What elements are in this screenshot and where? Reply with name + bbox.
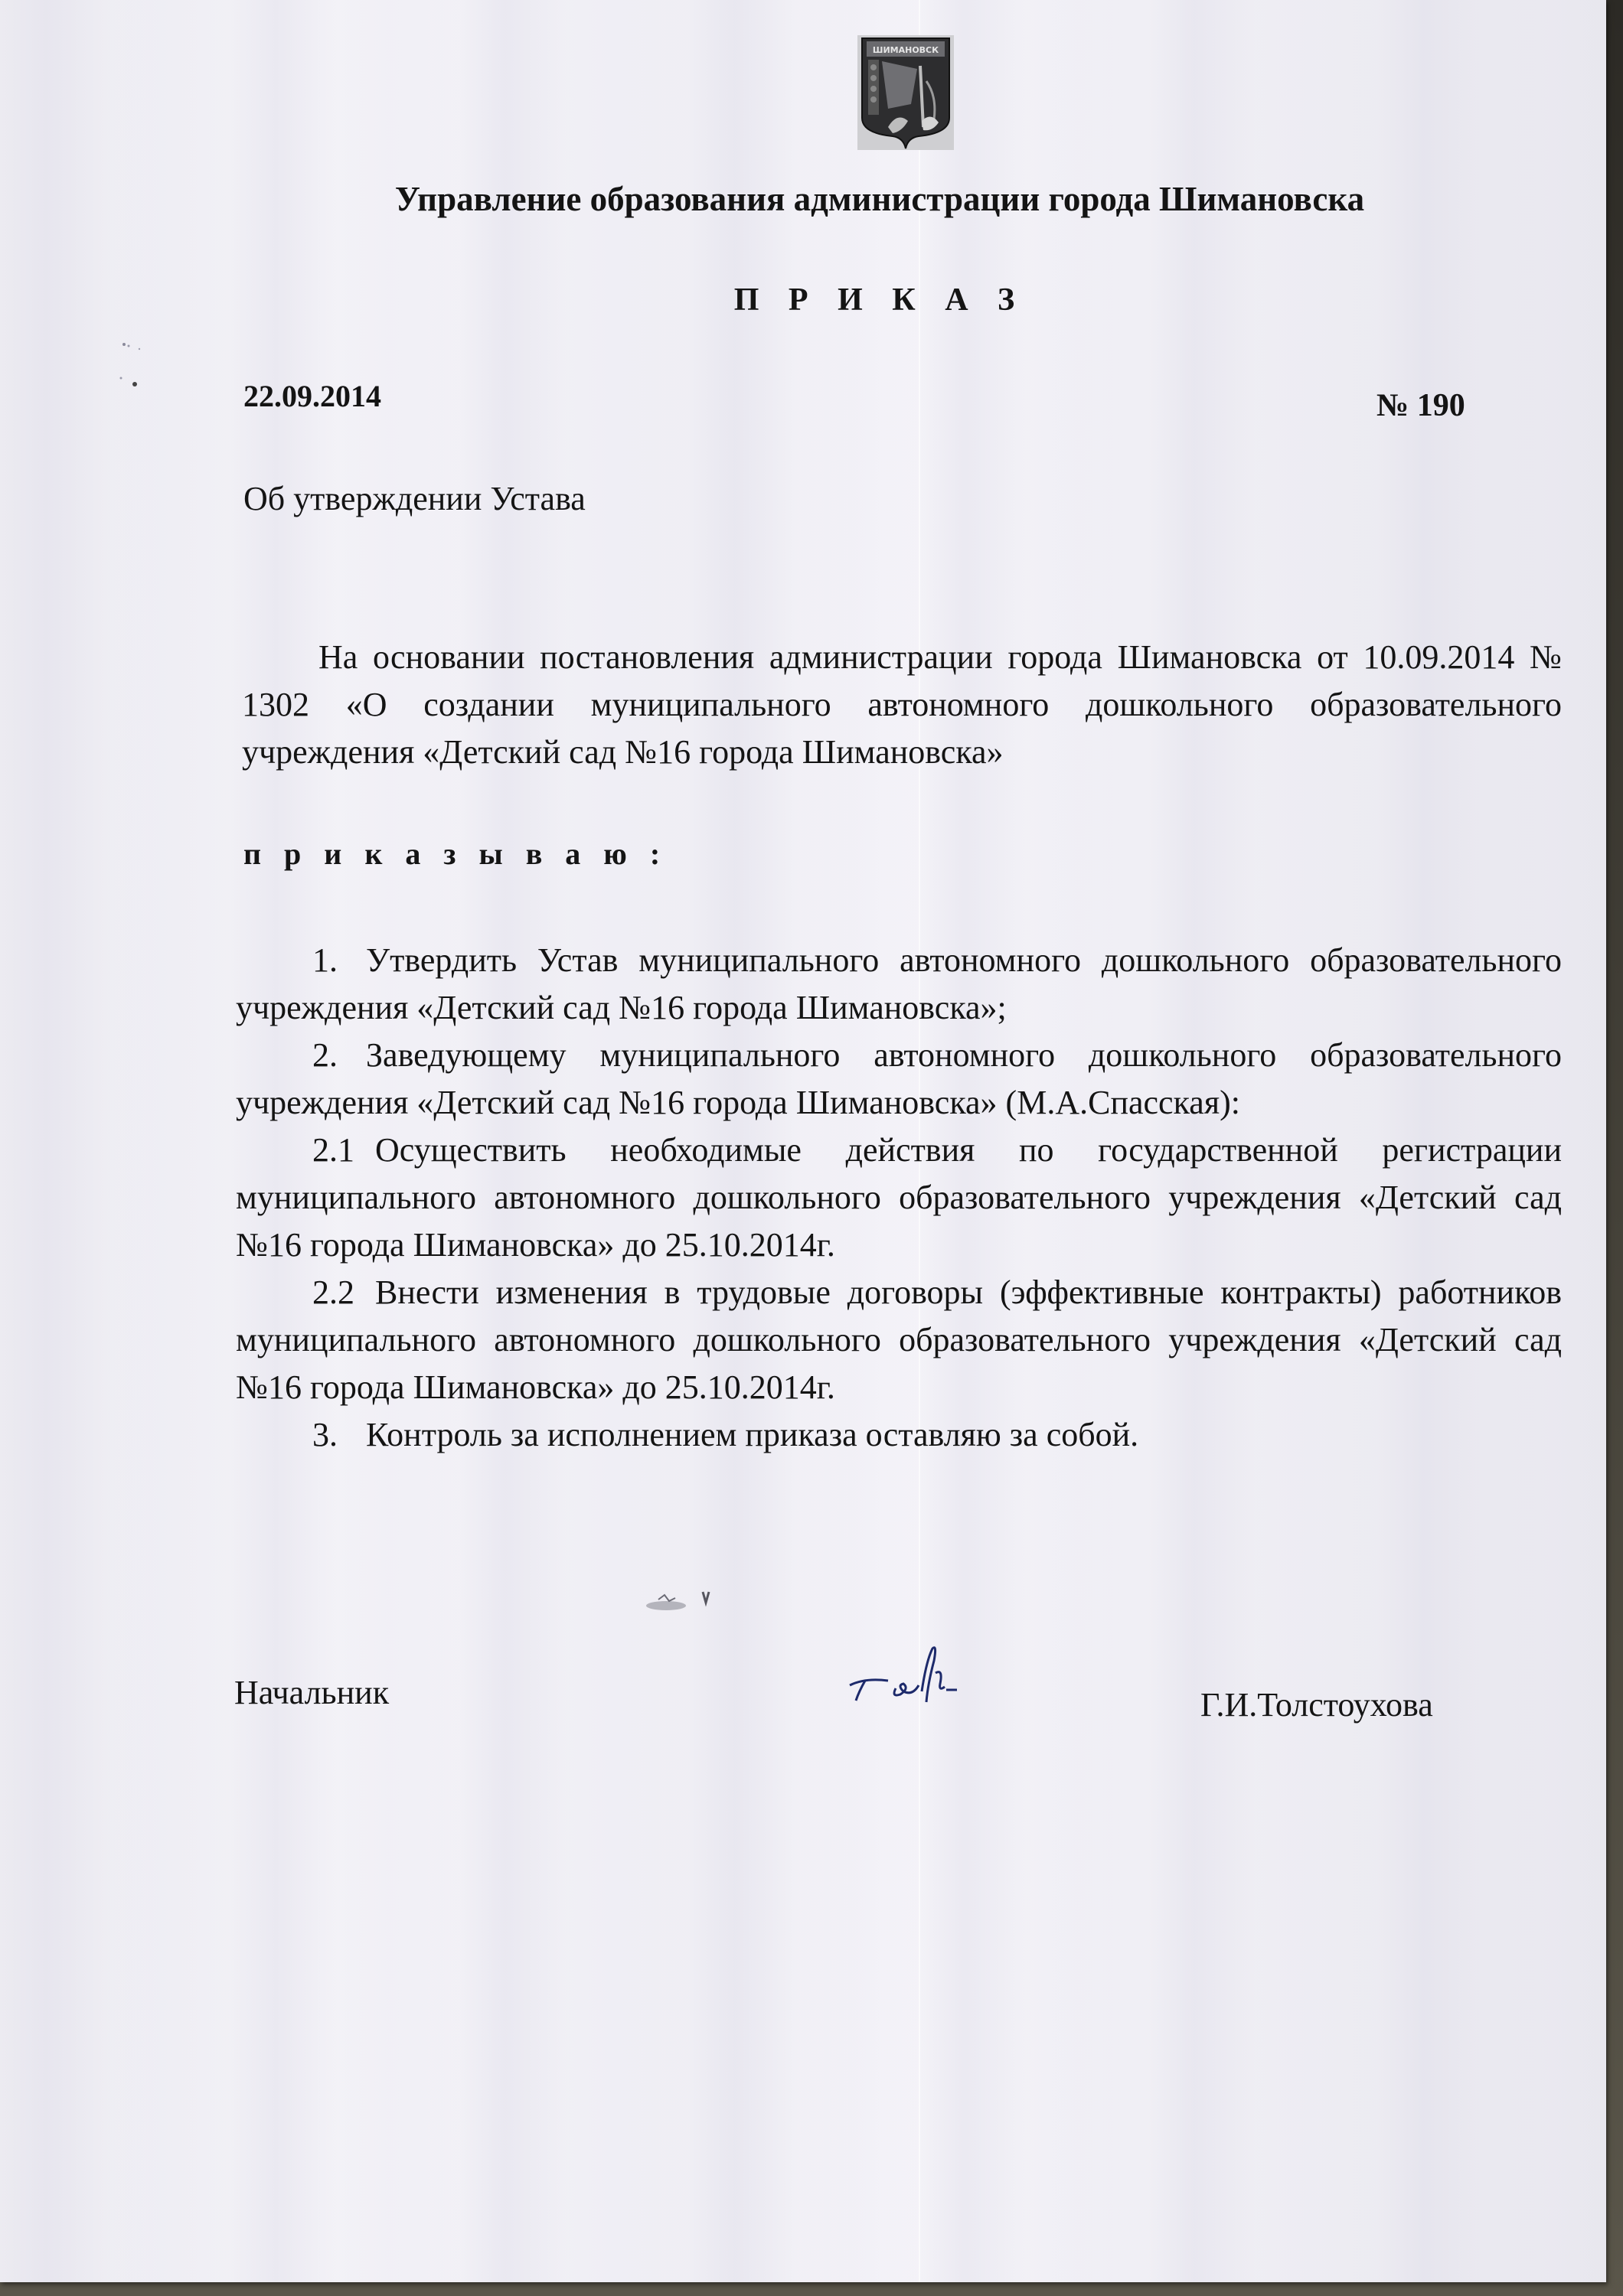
order-item-3: 3.Контроль за исполнением приказа оставл… xyxy=(236,1411,1562,1459)
order-item-1: 1.Утвердить Устав муниципального автоном… xyxy=(236,937,1562,1032)
order-item-2-1: 2.1Осуществить необходимые действия по г… xyxy=(236,1127,1562,1269)
item-number: 2. xyxy=(312,1032,366,1079)
organization-header: Управление образования администрации гор… xyxy=(0,179,1606,219)
ink-smudge-icon xyxy=(628,1586,781,1616)
item-number: 3. xyxy=(312,1411,366,1459)
item-text: Осуществить необходимые действия по госу… xyxy=(236,1131,1562,1264)
item-number: 2.2 xyxy=(312,1269,375,1316)
signer-name: Г.И.Толстоухова xyxy=(1200,1685,1433,1724)
item-text: Утвердить Устав муниципального автономно… xyxy=(236,941,1562,1026)
document-date: 22.09.2014 xyxy=(243,378,381,414)
document-number: № 190 xyxy=(1376,387,1465,424)
order-items-list: 1.Утвердить Устав муниципального автоном… xyxy=(236,937,1562,1459)
item-text: Контроль за исполнением приказа оставляю… xyxy=(366,1416,1138,1453)
item-text: Заведующему муниципального автономного д… xyxy=(236,1036,1562,1121)
order-verb: п р и к а з ы в а ю : xyxy=(243,836,668,872)
scan-specks-icon xyxy=(115,337,161,390)
svg-text:ШИМАНОВСК: ШИМАНОВСК xyxy=(873,45,939,55)
document-type-title: П Р И К А З xyxy=(0,282,1606,318)
document-subject: Об утверждении Устава xyxy=(243,479,586,518)
item-number: 2.1 xyxy=(312,1127,375,1174)
city-coat-of-arms-icon: ШИМАНОВСК xyxy=(857,35,954,150)
order-item-2-2: 2.2Внести изменения в трудовые договоры … xyxy=(236,1269,1562,1411)
item-text: Внести изменения в трудовые договоры (эф… xyxy=(236,1274,1562,1406)
preamble-paragraph: На основании постановления администрации… xyxy=(242,634,1562,776)
item-number: 1. xyxy=(312,937,366,984)
signer-title: Начальник xyxy=(234,1673,389,1712)
handwritten-signature-icon xyxy=(842,1630,995,1707)
order-item-2: 2.Заведующему муниципального автономного… xyxy=(236,1032,1562,1127)
document-page: ШИМАНОВСК Управление образования админис… xyxy=(0,0,1606,2282)
